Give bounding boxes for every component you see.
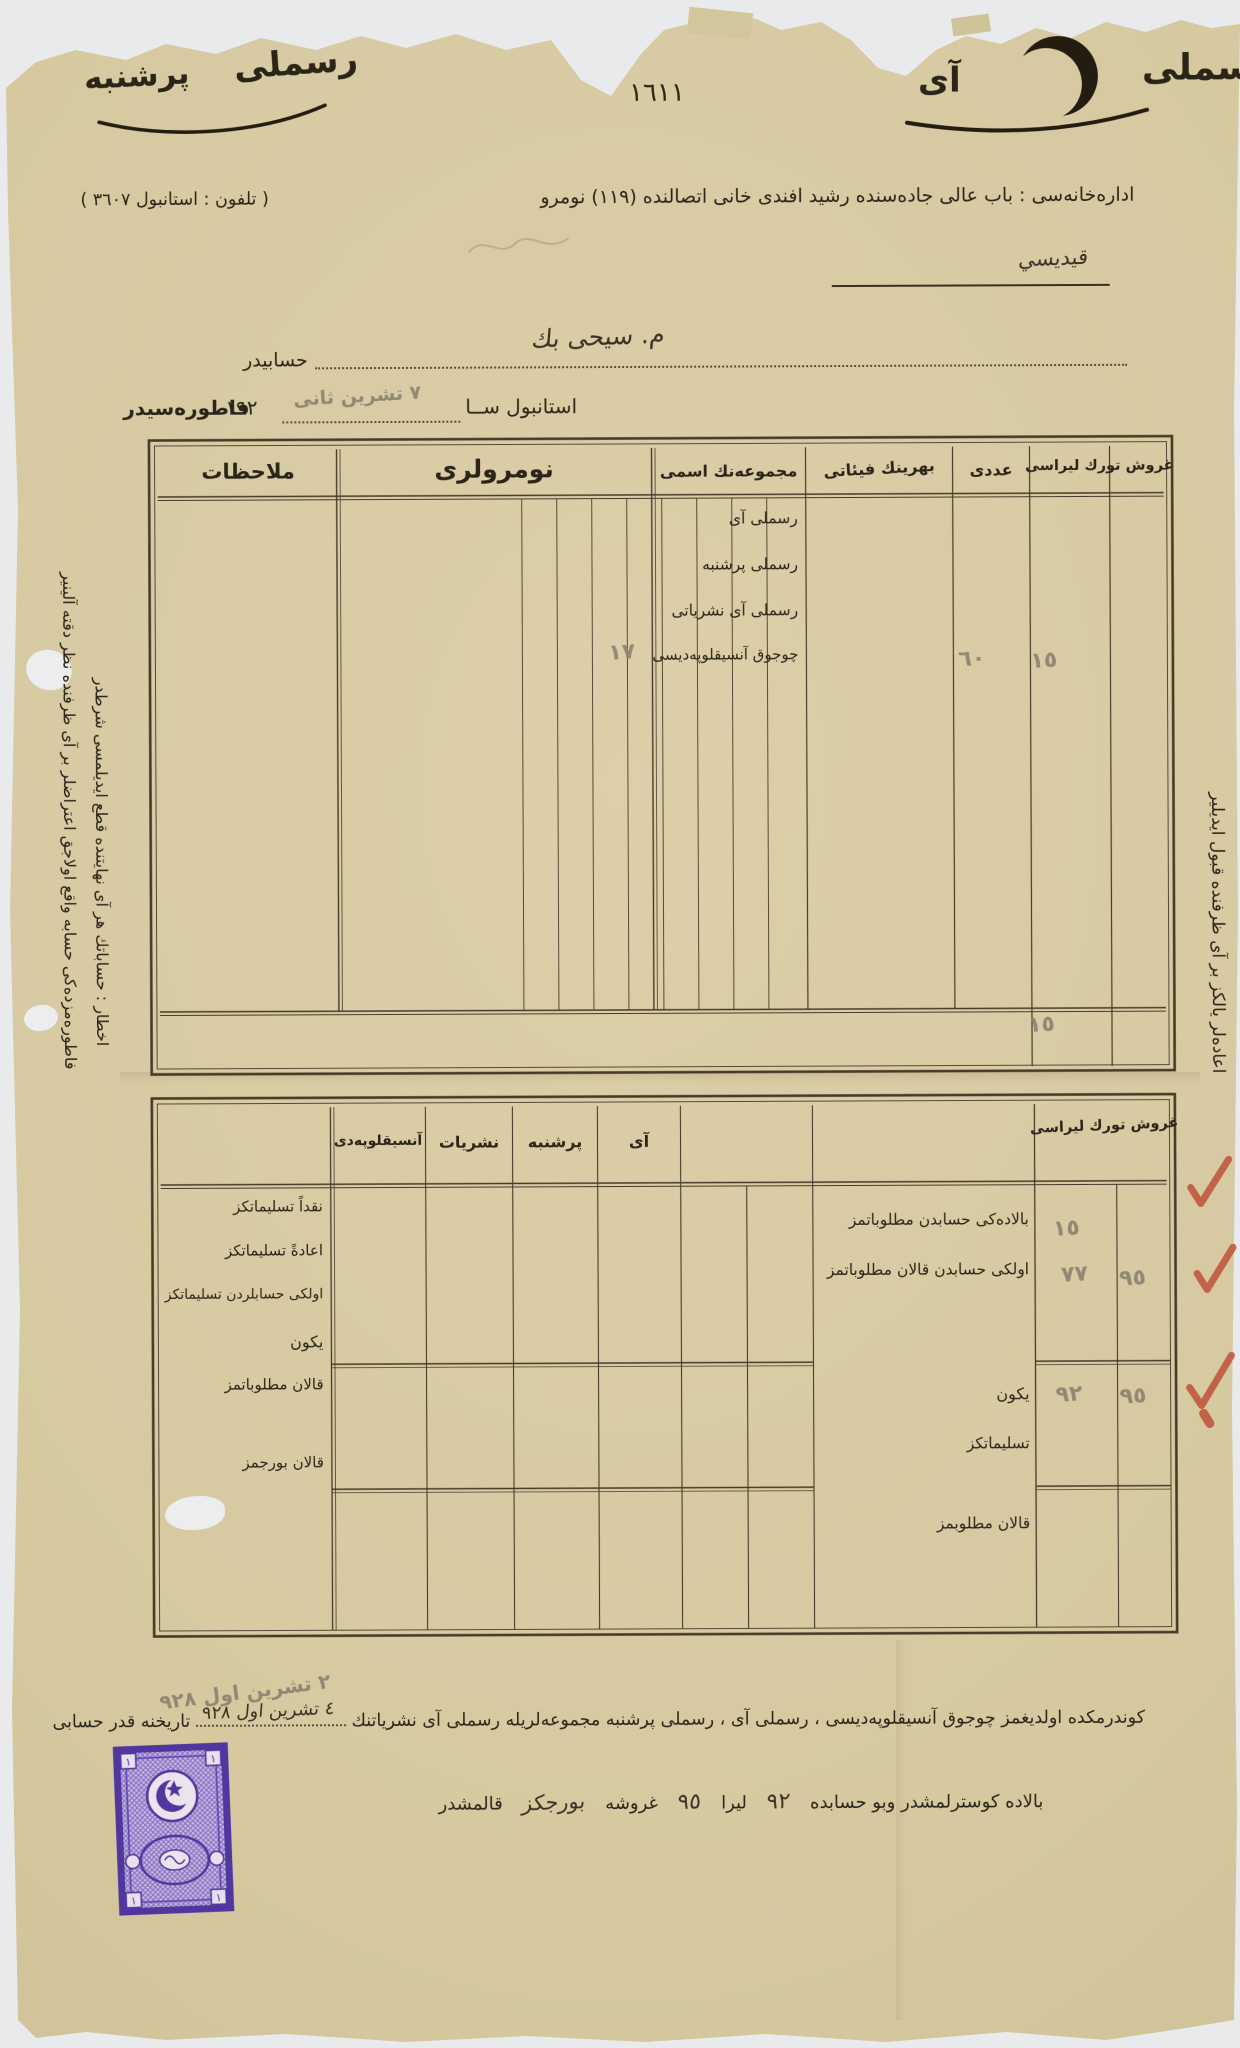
registry-handwriting: قيديسي	[1018, 245, 1090, 272]
masthead-right-flourish	[901, 106, 1153, 135]
table1-row-resimli-ay: رسملى آى	[648, 509, 798, 528]
account-holder-dotted-line	[315, 362, 1127, 370]
table2-right-row-deliveries: تسليماتكز	[662, 1434, 1030, 1454]
table2-pencil-row1-lira: ١٥	[1052, 1215, 1080, 1241]
footer-line2-kurus-handwriting: ٩٥	[677, 1789, 703, 1815]
phone-line: ( تلفون : استانبول ٣٦٠٧ )	[80, 190, 269, 211]
city-label: استانبول ســا	[465, 394, 577, 418]
serial-number: ١٦١١	[592, 78, 722, 109]
footer-line1-date-handwriting: ٤ تشرين اول ٩٢٨	[201, 1698, 336, 1724]
table2-right-row-prior-account: اولكى حسابدن قالان مطلوباتمز	[661, 1260, 1029, 1280]
table1-header-quantity: عددى	[953, 460, 1030, 479]
svg-text:١: ١	[125, 1756, 131, 1769]
footer-line2-part2: ليرا	[721, 1792, 747, 1813]
footer-line2-part4: قالمشدر	[438, 1794, 502, 1815]
table2-left-row-total: يكون	[159, 1332, 323, 1352]
account-suffix-label: حسابيدر	[243, 349, 308, 371]
table2-pencil-total-lira: ٩٢	[1055, 1381, 1083, 1407]
left-margin-note-warning: اخطار : حساباتك هر آى نهايتنده قطع ايديل…	[90, 400, 112, 1046]
red-check-marks	[1183, 1145, 1240, 1445]
table1-pencil-lira: ١٥	[1030, 647, 1058, 673]
table1-header-remarks: ملاحظات	[160, 459, 337, 484]
table2-left-row-cash-deliveries: نقداً تسليماتكز	[159, 1197, 323, 1216]
footer-line2-debt-handwriting: بورجكز	[521, 1789, 586, 1815]
table1-row-resimli-persembe: رسملى پرشنبه	[648, 555, 798, 574]
revenue-stamp: ١ ١ ١ ١	[112, 1742, 235, 1916]
address-line: اداره‌خانه‌سى : باب عالى جاده‌سنده رشيد …	[516, 184, 1134, 209]
table2-left-row-remaining-debt: قالان بورجمز	[160, 1453, 324, 1472]
masthead-right-subtitle: آى	[918, 61, 961, 101]
table2-left-row-prior-account-deliveries: اولكى حسابلردن تسليماتكز	[153, 1286, 323, 1303]
table2-header-month: آى	[597, 1132, 680, 1151]
table2-header-thursday: پرشنبه	[512, 1132, 597, 1151]
table2-pencil-row2-lira: ٧٧	[1060, 1261, 1088, 1287]
table1-pencil-total-lira: ١٥	[1027, 1011, 1055, 1037]
svg-text:١: ١	[216, 1891, 222, 1904]
table1-header-money: غروش تورك ليراسى	[1028, 458, 1174, 475]
footer-line1-main: كوندرمكده اولديغمز چوجوق آنسيقلوپه‌ديسى …	[351, 1708, 1145, 1731]
footer-line2-lira-handwriting: ٩٢	[766, 1789, 792, 1815]
table2-right-row-total: يكون	[662, 1384, 1030, 1405]
masthead-left-flourish	[91, 99, 331, 134]
footer-line1: كوندرمكده اولديغمز چوجوق آنسيقلوپه‌ديسى …	[271, 1708, 1145, 1732]
table2-left-row-return-deliveries: اعادةً تسليماتكز	[159, 1241, 323, 1260]
table2-right-row-above-account: بالاده‌كى حسابدن مطلوباتمز	[661, 1210, 1029, 1230]
date-dotted-line	[282, 419, 460, 424]
footer-line2: بالاده كوسترلمشدر وبو حسابده ٩٢ ليرا ٩٥ …	[303, 1788, 1043, 1816]
date-handwriting: ٧ تشرين ثانى	[293, 382, 422, 411]
table2-pencil-row2-kurus: ٩٥	[1118, 1265, 1146, 1291]
account-holder-handwriting: م. سيحى بك	[531, 319, 667, 353]
right-margin-note: اعاده‌لر يالكز بر آى ظرفنده قبول ايديلير	[1206, 549, 1228, 1073]
registry-line	[832, 284, 1110, 289]
left-margin-note-objections: فاطوره‌مزده‌كى حسابه واقع اولاجق اعتراضل…	[58, 414, 80, 1069]
masthead-left-subtitle: پرشنبه	[83, 55, 190, 97]
table1-header-numbers: نومرولرى	[337, 454, 652, 484]
svg-text:١: ١	[210, 1752, 216, 1765]
footer-line1-end: تاريخنه قدر حسابى	[52, 1712, 190, 1733]
table1-header-magazine-name: مجموعه‌نك اسمى	[652, 461, 806, 481]
table1-pencil-quantity: ٦٠	[958, 646, 986, 672]
footer-line2-part1: بالاده كوسترلمشدر وبو حسابده	[810, 1791, 1043, 1813]
pencil-scribble	[465, 226, 575, 266]
table2-right-row-remaining-due: قالان مطلوبمز	[662, 1514, 1030, 1534]
footer-line2-part3: غروشه	[605, 1793, 658, 1814]
table2-left-row-remaining-receivables: قالان مطلوباتمز	[160, 1375, 324, 1394]
table2-pencil-total-kurus: ٩٥	[1119, 1383, 1147, 1409]
table2-header-publications: نشريات	[425, 1132, 512, 1151]
masthead-right-title: رسملى	[1142, 47, 1240, 89]
table2-grid	[150, 1093, 1182, 1642]
masthead-left-title: رسملى	[232, 39, 359, 88]
footer-line1-gap: ٤ تشرين اول ٩٢٨	[196, 1724, 346, 1727]
table1-row-cocuk-ansiklopedisi: چوجوق آنسيقلوپه‌ديسى	[648, 645, 798, 664]
table1-row-resimli-ay-nesriyati: رسملى آى نشرياتى	[648, 601, 798, 620]
table1-pencil-count: ١٧	[608, 639, 636, 665]
invoice-suffix-label: فاطوره‌سيدر	[123, 396, 249, 421]
table1-grid	[147, 435, 1180, 1081]
table2-header-encyclopedia: آنسيقلوپه‌دى	[330, 1133, 425, 1149]
svg-text:١: ١	[131, 1894, 137, 1907]
